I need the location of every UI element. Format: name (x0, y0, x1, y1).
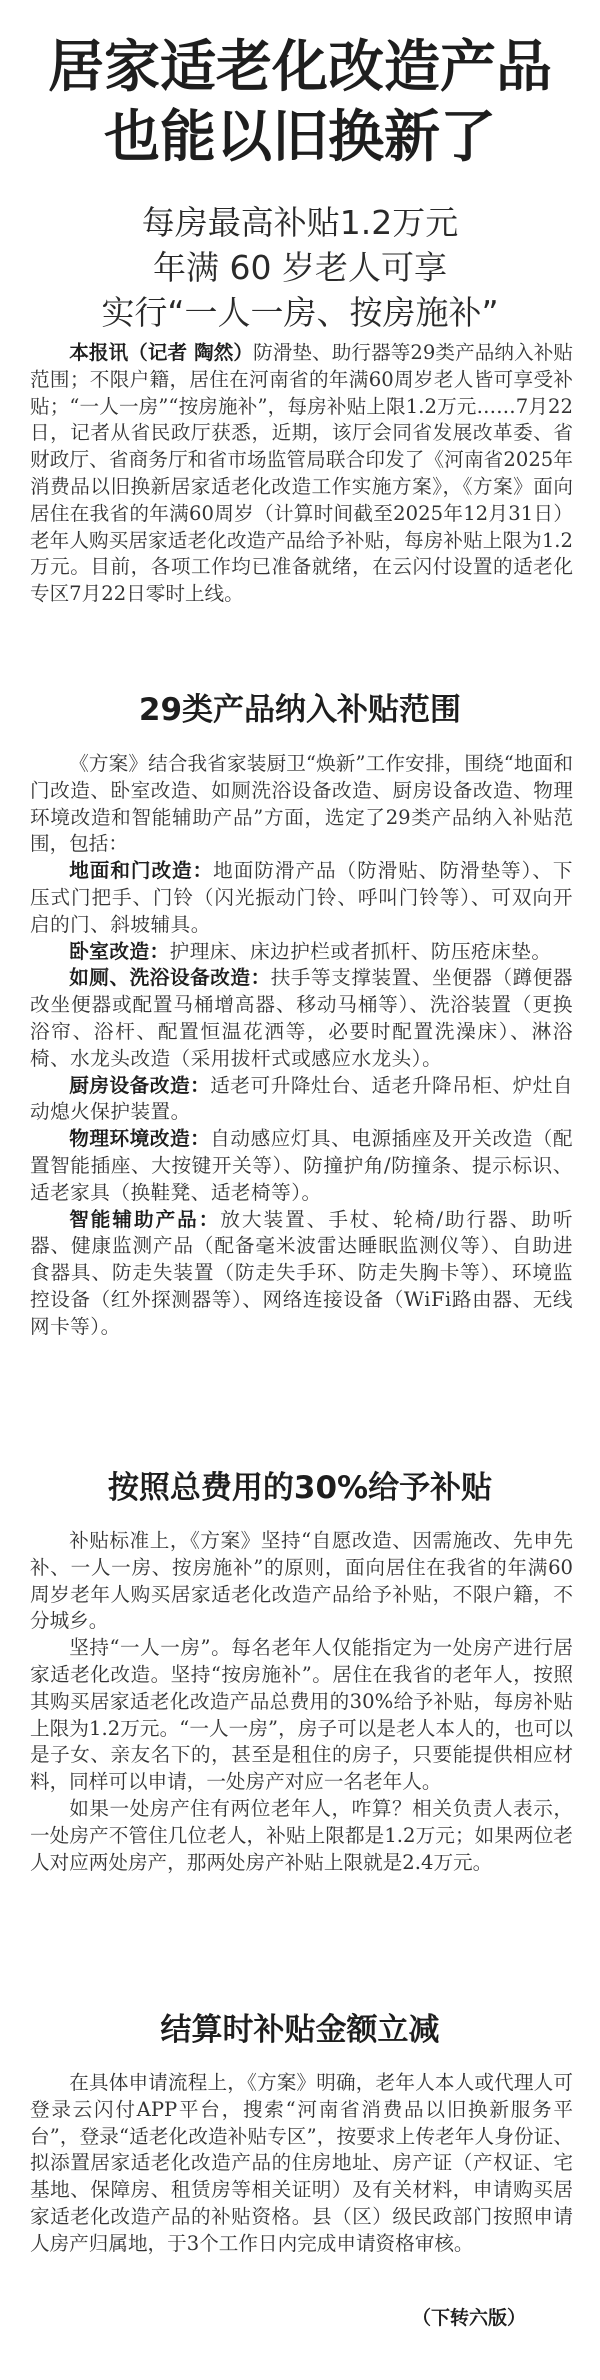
category-name: 智能辅助产品： (69, 1208, 220, 1231)
category-name: 卧室改造： (69, 940, 169, 963)
category-kitchen: 厨房设备改造：适老可升降灶台、适老升降吊柜、炉灶自动熄火保护装置。 (30, 1073, 573, 1127)
section-products-body: 《方案》结合我省家装厨卫“焕新”工作安排，围绕“地面和门改造、卧室改造、如厕洗浴… (30, 751, 573, 1341)
subtitle-3: 实行“一人一房、按房施补” (0, 290, 600, 335)
lead-text: 防滑垫、助行器等29类产品纳入补贴范围；不限户籍，居住在河南省的年满60周岁老人… (30, 341, 573, 605)
byline: 本报讯（记者 陶然） (69, 341, 253, 364)
category-name: 地面和门改造： (69, 859, 213, 882)
paragraph: 如果一处房产住有两位老年人，咋算？相关负责人表示，一处房产不管住几位老人，补贴上… (30, 1796, 573, 1876)
section-heading-subsidy-rate: 按照总费用的30%给予补贴 (0, 1468, 600, 1508)
continuation-note: （下转六版） (412, 2303, 526, 2330)
category-floor-door: 地面和门改造：地面防滑产品（防滑贴、防滑垫等）、下压式门把手、门铃（闪光振动门铃… (30, 858, 573, 938)
category-name: 厨房设备改造： (69, 1074, 210, 1097)
headline-line-1: 居家适老化改造产品 (0, 33, 600, 103)
category-bedroom: 卧室改造：护理床、床边护栏或者抓杆、防压疮床垫。 (30, 939, 573, 966)
subtitle-2: 年满 60 岁老人可享 (0, 245, 600, 290)
category-items: 护理床、床边护栏或者抓杆、防压疮床垫。 (170, 940, 552, 963)
headline-line-2: 也能以旧换新了 (0, 103, 600, 173)
lead-paragraph: 本报讯（记者 陶然）防滑垫、助行器等29类产品纳入补贴范围；不限户籍，居住在河南… (30, 340, 573, 608)
section-heading-products: 29类产品纳入补贴范围 (0, 690, 600, 730)
paragraph: 坚持“一人一房”。每名老年人仅能指定为一处房产进行居家适老化改造。坚持“按房施补… (30, 1635, 573, 1796)
paragraph: 在具体申请流程上，《方案》明确，老年人本人或代理人可登录云闪付APP平台，搜索“… (30, 2070, 573, 2258)
section-products-intro: 《方案》结合我省家装厨卫“焕新”工作安排，围绕“地面和门改造、卧室改造、如厕洗浴… (30, 751, 573, 858)
category-name: 如厕、洗浴设备改造： (69, 966, 271, 989)
paragraph: 补贴标准上，《方案》坚持“自愿改造、因需施改、先申先补、一人一房、按房施补”的原… (30, 1528, 573, 1635)
category-name: 物理环境改造： (69, 1127, 210, 1150)
subtitle-1: 每房最高补贴1.2万元 (0, 200, 600, 245)
section-subsidy-rate-body: 补贴标准上，《方案》坚持“自愿改造、因需施改、先申先补、一人一房、按房施补”的原… (30, 1528, 573, 1876)
section-heading-settlement: 结算时补贴金额立减 (0, 2010, 600, 2050)
category-bathroom: 如厕、洗浴设备改造：扶手等支撑装置、坐便器（蹲便器改坐便器或配置马桶增高器、移动… (30, 965, 573, 1072)
category-environment: 物理环境改造：自动感应灯具、电源插座及开关改造（配置智能插座、大按键开关等）、防… (30, 1126, 573, 1206)
section-settlement-body: 在具体申请流程上，《方案》明确，老年人本人或代理人可登录云闪付APP平台，搜索“… (30, 2070, 573, 2258)
category-smart-aids: 智能辅助产品：放大装置、手杖、轮椅/助行器、助听器、健康监测产品（配备毫米波雷达… (30, 1207, 573, 1341)
